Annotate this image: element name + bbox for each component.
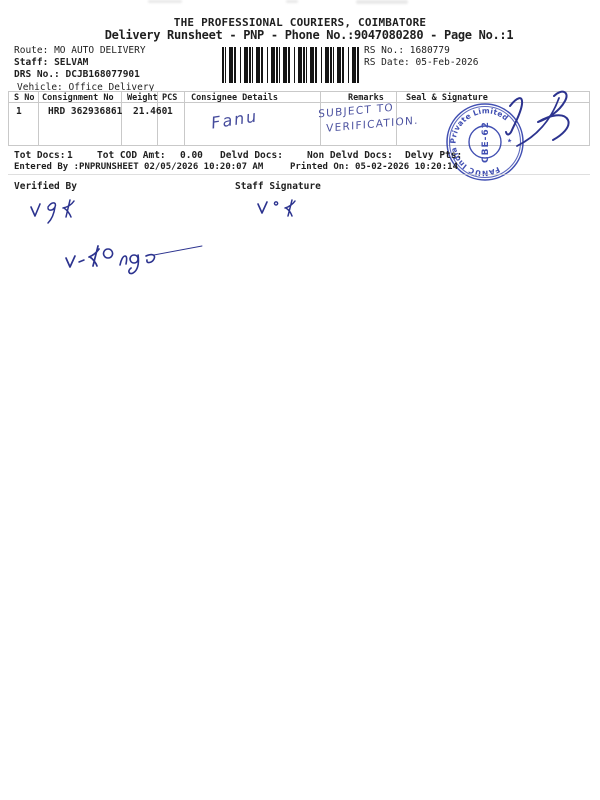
handwritten-consignee-name: Fanu bbox=[210, 106, 260, 132]
printed-on-value: 05-02-2026 10:20:14 bbox=[355, 162, 458, 172]
staff-value: SELVAM bbox=[54, 57, 88, 68]
entered-by-label: Entered By : bbox=[14, 162, 79, 172]
tot-docs-label: Tot Docs: bbox=[14, 150, 65, 161]
scan-artifact bbox=[148, 0, 182, 3]
verified-by-initials-scribble bbox=[26, 195, 84, 227]
route-line: Route: MO AUTO DELIVERY bbox=[14, 45, 146, 56]
rs-date-value: 05-Feb-2026 bbox=[416, 57, 479, 68]
printed-on-line: Printed On: 05-02-2026 10:20:14 bbox=[290, 162, 458, 172]
stamp-center-text: CBE-62 bbox=[481, 121, 491, 163]
rs-no-line: RS No.: 1680779 bbox=[364, 45, 450, 56]
col-header-weight: Weight bbox=[127, 93, 158, 103]
route-value: MO AUTO DELIVERY bbox=[54, 45, 146, 56]
drs-line: DRS No.: DCJB168077901 bbox=[14, 69, 140, 80]
cell-weight: 21.460 bbox=[133, 106, 167, 117]
col-header-pcs: PCS bbox=[162, 93, 177, 103]
route-label: Route: bbox=[14, 45, 48, 56]
staff-signature-label: Staff Signature bbox=[235, 181, 321, 192]
cell-pcs: 1 bbox=[167, 106, 173, 117]
rs-no-label: RS No.: bbox=[364, 45, 404, 56]
cell-sno: 1 bbox=[16, 106, 22, 117]
col-header-sno: S No bbox=[14, 93, 34, 103]
scan-artifact bbox=[286, 0, 298, 3]
non-delvd-docs-label: Non Delvd Docs: bbox=[307, 150, 393, 161]
drs-barcode bbox=[222, 47, 360, 83]
handwritten-remarks: SUBJECT TO VERIFICATION. bbox=[318, 99, 419, 138]
printed-on-label: Printed On: bbox=[290, 162, 350, 172]
entered-by-line: Entered By :PNPRUNSHEET 02/05/2026 10:20… bbox=[14, 162, 263, 172]
col-header-consignee: Consignee Details bbox=[191, 93, 278, 103]
cell-consignment-no: HRD 362936861 bbox=[48, 106, 122, 117]
drs-label: DRS No.: bbox=[14, 69, 60, 80]
drs-value: DCJB168077901 bbox=[66, 69, 140, 80]
tot-docs-value: 1 bbox=[67, 150, 73, 161]
delvd-docs-label: Delvd Docs: bbox=[220, 150, 283, 161]
entered-by-value: PNPRUNSHEET 02/05/2026 10:20:07 AM bbox=[79, 162, 263, 172]
col-header-consignment: Consignment No bbox=[42, 93, 114, 103]
rs-date-line: RS Date: 05-Feb-2026 bbox=[364, 57, 478, 68]
seal-signature-scribble bbox=[496, 86, 584, 158]
runsheet-title: Delivery Runsheet - PNP - Phone No.:9047… bbox=[9, 28, 600, 42]
delvy-pts-label: Delvy Pts: bbox=[405, 150, 462, 161]
staff-label: Staff: bbox=[14, 57, 48, 68]
rs-no-value: 1680779 bbox=[410, 45, 450, 56]
staff-line: Staff: SELVAM bbox=[14, 57, 88, 68]
tot-cod-value: 0.00 bbox=[180, 150, 203, 161]
scan-artifact bbox=[356, 0, 408, 4]
delivery-runsheet-scan: THE PROFESSIONAL COURIERS, COIMBATORE De… bbox=[0, 0, 600, 800]
tot-cod-label: Tot COD Amt: bbox=[97, 150, 166, 161]
verified-by-label: Verified By bbox=[14, 181, 77, 192]
rs-date-label: RS Date: bbox=[364, 57, 410, 68]
staff-initials-scribble bbox=[252, 196, 304, 222]
bottom-signature-scribble bbox=[58, 240, 208, 280]
